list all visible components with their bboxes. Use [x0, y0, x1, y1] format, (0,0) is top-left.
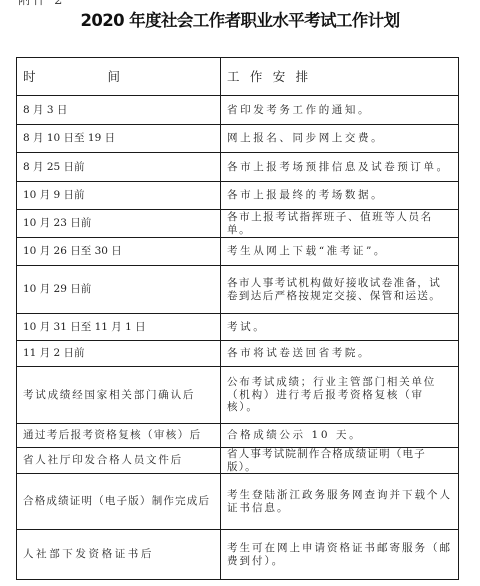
row-task: 省人事考试院制作合格成绩证明（电子版）。	[221, 448, 459, 474]
table-row: 10 月 31 日至 11 月 1 日 考试。	[17, 314, 459, 341]
table-row: 11 月 2 日前 各市将试卷送回省考院。	[17, 341, 459, 367]
row-task: 公布考试成绩；行业主管部门相关单位（机构）进行考后报考资格复核（审核）。	[221, 367, 459, 424]
row-time: 省人社厅印发合格人员文件后	[17, 448, 221, 474]
table-row: 10 月 26 日至 30 日 考生从网上下载“准考证”。	[17, 238, 459, 266]
table-row: 省人社厅印发合格人员文件后 省人事考试院制作合格成绩证明（电子版）。	[17, 448, 459, 474]
row-task: 考生从网上下载“准考证”。	[221, 238, 459, 266]
row-task: 各市上报考场预排信息及试卷预订单。	[221, 153, 459, 182]
row-time: 通过考后报考资格复核（审核）后	[17, 424, 221, 448]
table-row: 人社部下发资格证书后 考生可在网上申请资格证书邮寄服务（邮费到付）。	[17, 530, 459, 580]
row-time: 人社部下发资格证书后	[17, 530, 221, 580]
row-time: 10 月 23 日前	[17, 210, 221, 238]
row-task: 各市上报最终的考场数据。	[221, 182, 459, 210]
row-task: 合格成绩公示 10 天。	[221, 424, 459, 448]
row-task: 省印发考务工作的通知。	[221, 96, 459, 125]
row-time: 考试成绩经国家相关部门确认后	[17, 367, 221, 424]
table-row: 10 月 9 日前 各市上报最终的考场数据。	[17, 182, 459, 210]
table-row: 合格成绩证明（电子版）制作完成后 考生登陆浙江政务服务网查询并下载个人证书信息。	[17, 474, 459, 530]
row-time: 8 月 25 日前	[17, 153, 221, 182]
row-time: 10 月 29 日前	[17, 266, 221, 314]
table-row: 通过考后报考资格复核（审核）后 合格成绩公示 10 天。	[17, 424, 459, 448]
table-row: 10 月 29 日前 各市人事考试机构做好接收试卷准备，试卷到达后严格按规定交接…	[17, 266, 459, 314]
row-time: 8 月 3 日	[17, 96, 221, 125]
row-task: 各市将试卷送回省考院。	[221, 341, 459, 367]
work-plan-table: 时间 工 作 安 排 8 月 3 日 省印发考务工作的通知。 8 月 10 日至…	[16, 57, 459, 580]
header-time-char-1: 时	[23, 69, 36, 84]
row-time: 10 月 26 日至 30 日	[17, 238, 221, 266]
row-time: 10 月 9 日前	[17, 182, 221, 210]
header-arrangement: 工 作 安 排	[221, 58, 459, 96]
header-time: 时间	[17, 58, 221, 96]
table-row: 考试成绩经国家相关部门确认后 公布考试成绩；行业主管部门相关单位（机构）进行考后…	[17, 367, 459, 424]
table-header-row: 时间 工 作 安 排	[17, 58, 459, 96]
table-row: 8 月 3 日 省印发考务工作的通知。	[17, 96, 459, 125]
row-task: 各市上报考试指挥班子、值班等人员名单。	[221, 210, 459, 238]
document-title: 2020 年度社会工作者职业水平考试工作计划	[0, 7, 480, 31]
row-time: 10 月 31 日至 11 月 1 日	[17, 314, 221, 341]
row-task: 考生可在网上申请资格证书邮寄服务（邮费到付）。	[221, 530, 459, 580]
header-time-char-2: 间	[108, 69, 121, 84]
row-task: 考试。	[221, 314, 459, 341]
table-row: 8 月 25 日前 各市上报考场预排信息及试卷预订单。	[17, 153, 459, 182]
table-row: 8 月 10 日至 19 日 网上报名、同步网上交费。	[17, 125, 459, 153]
row-task: 考生登陆浙江政务服务网查询并下载个人证书信息。	[221, 474, 459, 530]
row-time: 11 月 2 日前	[17, 341, 221, 367]
row-time: 合格成绩证明（电子版）制作完成后	[17, 474, 221, 530]
row-task: 网上报名、同步网上交费。	[221, 125, 459, 153]
row-time: 8 月 10 日至 19 日	[17, 125, 221, 153]
table-row: 10 月 23 日前 各市上报考试指挥班子、值班等人员名单。	[17, 210, 459, 238]
row-task: 各市人事考试机构做好接收试卷准备，试卷到达后严格按规定交接、保管和运送。	[221, 266, 459, 314]
